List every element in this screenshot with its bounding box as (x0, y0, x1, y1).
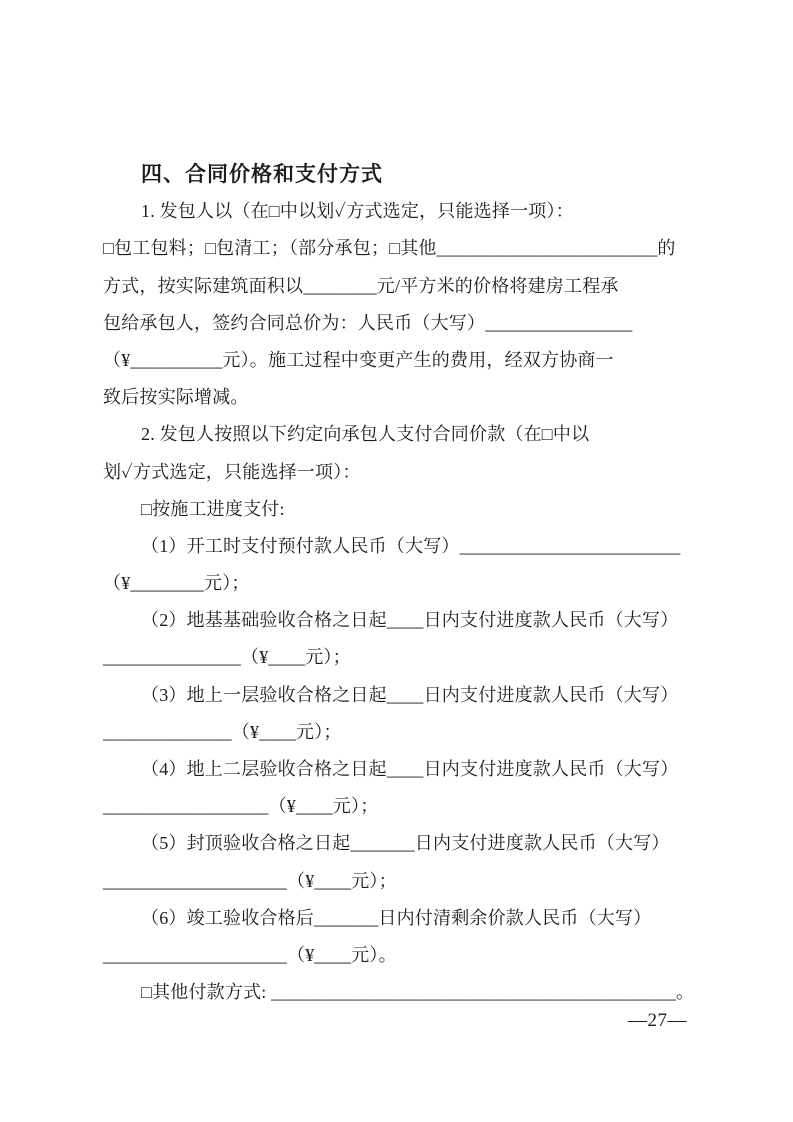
payment-item-5-line: （5）封顶验收合格之日起_______日内支付进度款人民币（大写） (103, 825, 723, 862)
contract-document-page: 四、合同价格和支付方式 1. 发包人以（在□中以划✓方式选定，只能选择一项）： … (0, 0, 793, 1122)
payment-item-6-line: （6）竣工验收合格后_______日内付清剩余价款人民币（大写） (103, 900, 723, 937)
payment-item-4-amount-line: __________________（¥____元）； (103, 788, 723, 825)
payment-item-2-amount-line: _______________（¥____元）； (103, 639, 723, 676)
clause-1-amount-line: （¥__________元）。施工过程中变更产生的费用，经双方协商一 (103, 342, 723, 379)
payment-item-1-amount-line: （¥________元）； (103, 565, 723, 602)
payment-item-5-amount-line: ____________________（¥____元）； (103, 863, 723, 900)
clause-1-options-line: □包工包料；□包清工；（部分承包；□其他____________________… (103, 230, 723, 267)
payment-item-1-line: （1）开工时支付预付款人民币（大写）______________________… (103, 528, 723, 565)
contract-section-price-payment: 四、合同价格和支付方式 1. 发包人以（在□中以划✓方式选定，只能选择一项）： … (103, 156, 723, 1011)
payment-item-3-amount-line: ______________（¥____元）； (103, 714, 723, 751)
section-heading: 四、合同价格和支付方式 (103, 156, 723, 193)
clause-2-intro-line: 2. 发包人按照以下约定向承包人支付合同价款（在□中以 (103, 416, 723, 453)
clause-2-intro-line-2: 划✓方式选定，只能选择一项）： (103, 454, 723, 491)
clause-1-adjustment-line: 致后按实际增减。 (103, 379, 723, 416)
payment-item-3-line: （3）地上一层验收合格之日起____日内支付进度款人民币（大写） (103, 677, 723, 714)
clause-1-total-price-line: 包给承包人，签约合同总价为：人民币（大写）________________ (103, 305, 723, 342)
progress-payment-option-line: □按施工进度支付: (103, 491, 723, 528)
payment-item-4-line: （4）地上二层验收合格之日起____日内支付进度款人民币（大写） (103, 751, 723, 788)
clause-1-intro-line: 1. 发包人以（在□中以划✓方式选定，只能选择一项）： (103, 193, 723, 230)
payment-item-2-line: （2）地基基础验收合格之日起____日内支付进度款人民币（大写） (103, 602, 723, 639)
payment-item-6-amount-line: ____________________（¥____元）。 (103, 937, 723, 974)
clause-1-price-per-sqm-line: 方式，按实际建筑面积以________元/平方米的价格将建房工程承 (103, 268, 723, 305)
other-payment-method-line: □其他付款方式: _______________________________… (103, 974, 723, 1011)
page-number: —27— (628, 1010, 687, 1032)
